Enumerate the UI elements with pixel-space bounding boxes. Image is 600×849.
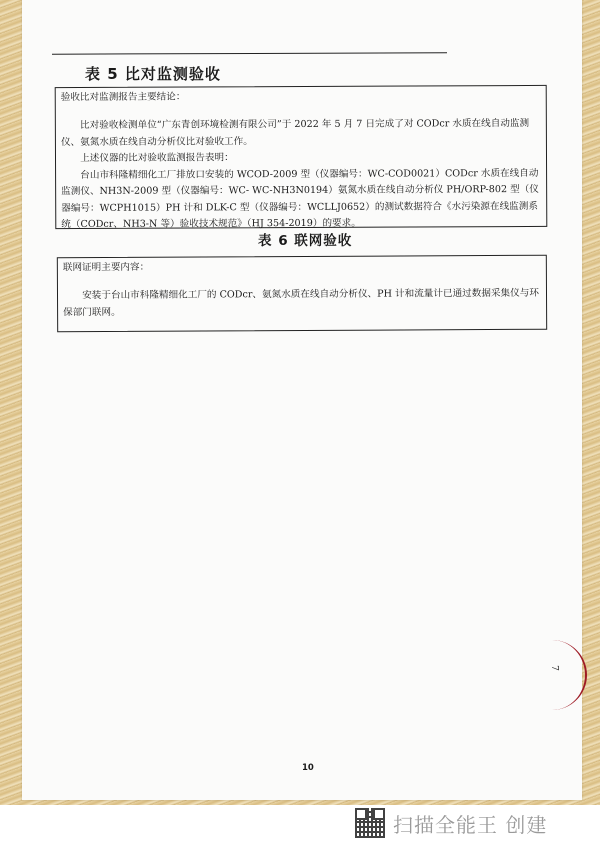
table6-paragraph-1: 安装于台山市科隆精细化工厂的 CODcr、氨氮水质在线自动分析仪、PH 计和流量…: [63, 286, 541, 322]
table5-paragraph-1: 比对验收检测单位“广东青创环境检测有限公司”于 2022 年 5 月 7 日完成…: [61, 116, 541, 151]
table5-title: 表 5 比对监测验收: [85, 63, 221, 84]
scanner-watermark: 扫描全能王 创建: [355, 805, 547, 841]
stamp-mark: 7: [549, 665, 559, 671]
table6-box: 联网证明主要内容： 安装于台山市科隆精细化工厂的 CODcr、氨氮水质在线自动分…: [57, 255, 547, 333]
table5-body: 比对验收检测单位“广东青创环境检测有限公司”于 2022 年 5 月 7 日完成…: [61, 116, 541, 234]
table6-body: 安装于台山市科隆精细化工厂的 CODcr、氨氮水质在线自动分析仪、PH 计和流量…: [63, 286, 541, 322]
table5-box: 验收比对监测报告主要结论： 比对验收检测单位“广东青创环境检测有限公司”于 20…: [55, 85, 548, 229]
table5-heading: 验收比对监测报告主要结论：: [61, 90, 186, 107]
table6-title: 表 6 联网验收: [258, 229, 352, 249]
table5-paragraph-2: 上述仪器的比对验收监测报告表明：: [61, 149, 541, 168]
qr-code-icon: [355, 808, 385, 838]
table6-heading: 联网证明主要内容：: [63, 260, 149, 277]
watermark-text: 扫描全能王 创建: [393, 809, 547, 838]
page-number: 10: [302, 763, 314, 773]
table5-paragraph-3: 台山市科隆精细化工厂排放口安装的 WCOD-2009 型（仪器编号：WC-COD…: [61, 165, 541, 233]
